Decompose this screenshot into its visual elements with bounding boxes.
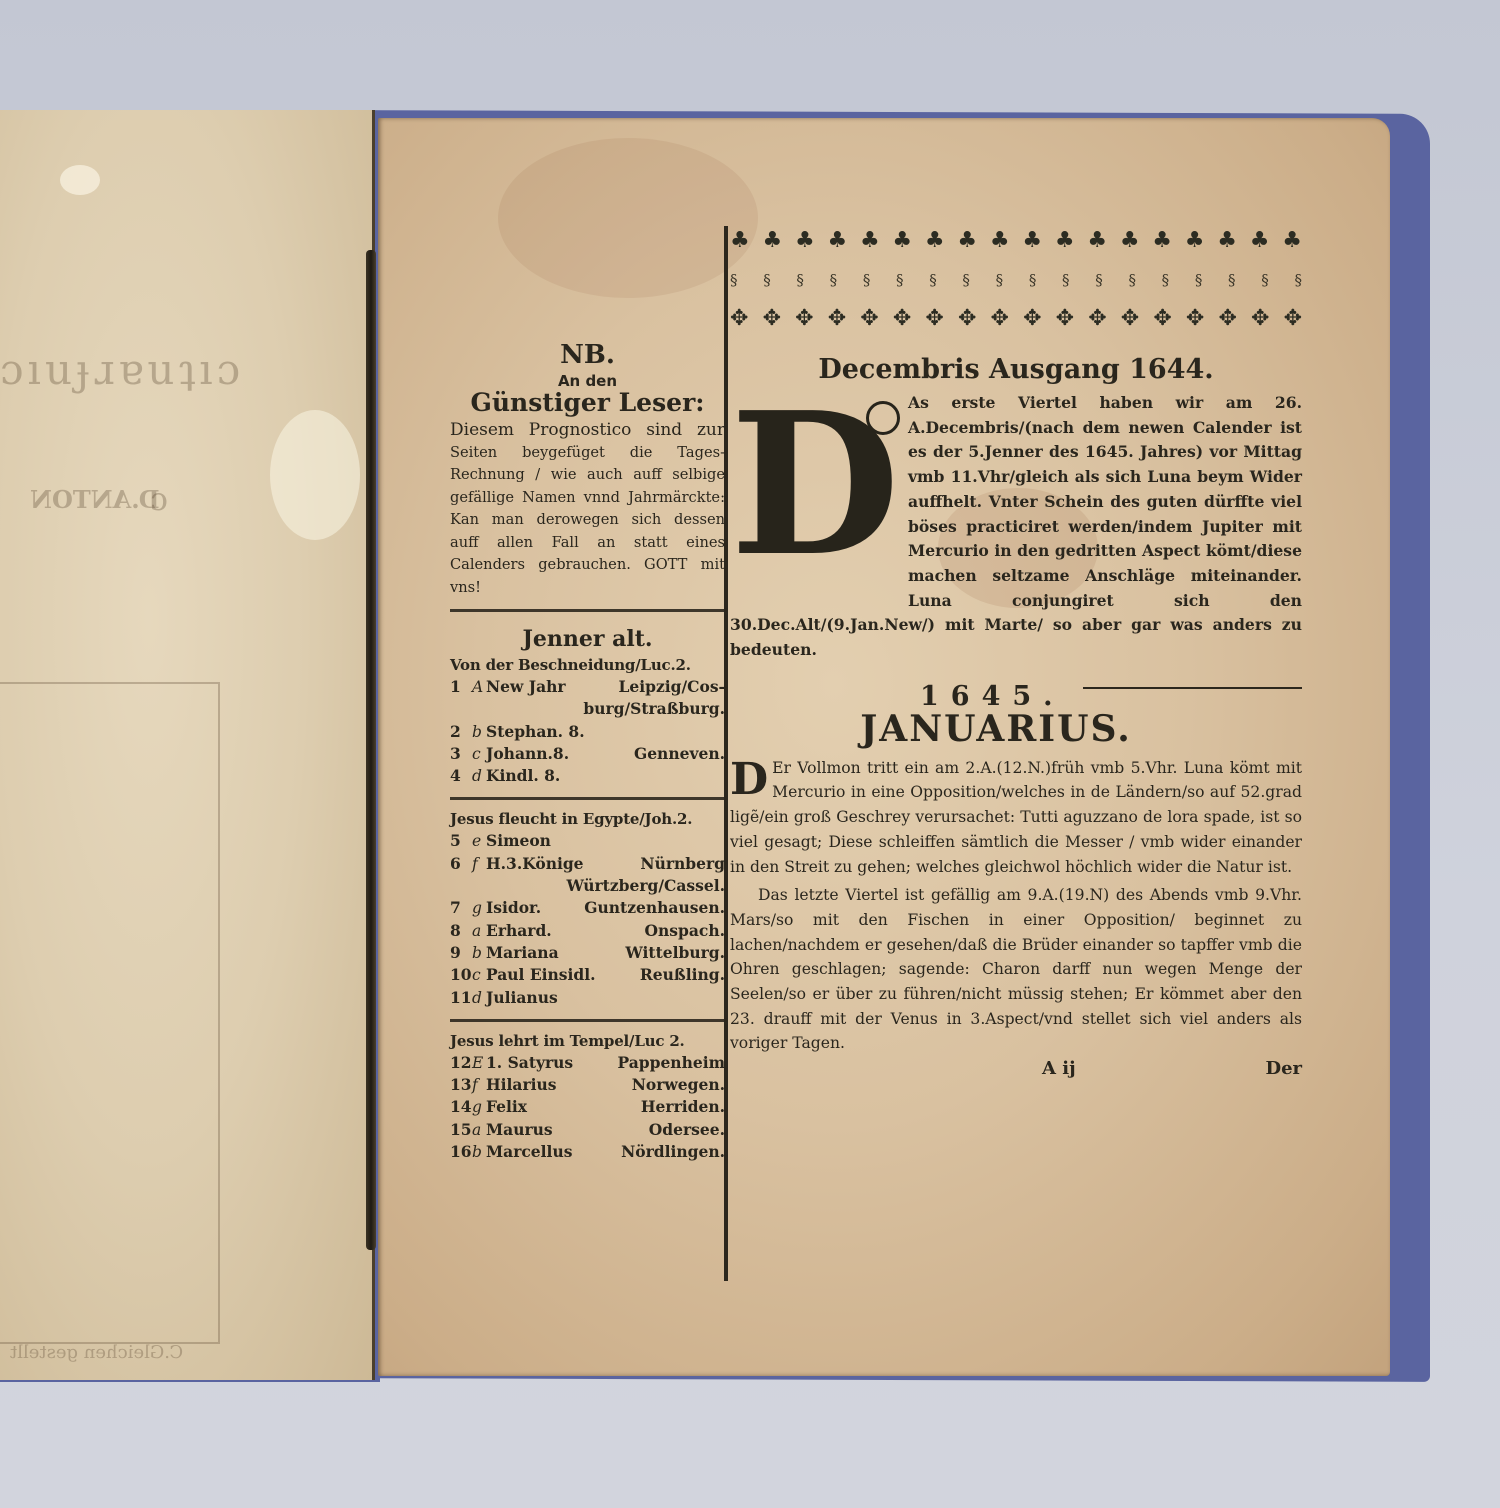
day-saint: Erhard. bbox=[486, 920, 552, 942]
day-fair-place: Odersee. bbox=[649, 1119, 725, 1141]
scroll-ornament-icon: § bbox=[730, 273, 738, 287]
week-gospel: Jesus lehrt im Tempel/Luc 2. bbox=[450, 1030, 725, 1052]
prognostication-column: ♣♣♣♣♣♣♣♣♣♣♣♣♣♣♣♣♣♣ §§§§§§§§§§§§§§§§§§ ✥✥… bbox=[730, 228, 1302, 1079]
calendar-day-row: 10 c Paul Einsidl. Reußling. bbox=[450, 964, 725, 986]
january-text: Er Vollmon tritt ein am 2.A.(12.N.)früh … bbox=[730, 759, 1302, 876]
day-number: 2 bbox=[450, 721, 472, 743]
fleuron-icon: ♣ bbox=[1120, 230, 1140, 252]
fleuron-icon: ♣ bbox=[925, 230, 945, 252]
day-number: 5 bbox=[450, 830, 472, 852]
day-number: 12 bbox=[450, 1052, 472, 1074]
calendar-day-row: 14 g Felix Herriden. bbox=[450, 1096, 725, 1118]
rosette-icon: ✥ bbox=[1153, 308, 1171, 330]
calendar-day-row: 16 b Marcellus Nördlingen. bbox=[450, 1141, 725, 1163]
left-page: ɔıuɟɹɐuʇıɔ ɔ D.ANTON C.Gleichen gestellt bbox=[0, 110, 375, 1380]
day-fair-place: Pappenheim bbox=[617, 1052, 725, 1074]
ornament-row-rosettes: ✥✥✥✥✥✥✥✥✥✥✥✥✥✥✥✥✥✥ bbox=[730, 308, 1302, 330]
scroll-ornament-icon: § bbox=[896, 273, 904, 287]
scroll-ornament-icon: § bbox=[962, 273, 970, 287]
small-initial-d: D bbox=[730, 760, 768, 800]
day-fair-place: Nördlingen. bbox=[621, 1141, 725, 1163]
fleuron-icon: ♣ bbox=[762, 230, 782, 252]
fleuron-icon: ♣ bbox=[1087, 230, 1107, 252]
week-gospel: Jesus fleucht in Egypte/Joh.2. bbox=[450, 808, 725, 830]
dominical-letter: c bbox=[472, 743, 486, 765]
dominical-letter: f bbox=[472, 1074, 486, 1096]
day-saint: Julianus bbox=[486, 987, 558, 1009]
calendar-day-row: 3 c Johann.8. Genneven. bbox=[450, 743, 725, 765]
scroll-ornament-icon: § bbox=[796, 273, 804, 287]
calendar-week: Jesus fleucht in Egypte/Joh.2. 5 e Simeo… bbox=[450, 808, 725, 1008]
reader-heading: Günstiger Leser: bbox=[450, 388, 725, 417]
calendar-day-row: 2 b Stephan. 8. bbox=[450, 721, 725, 743]
day-fair-place: Guntzenhausen. bbox=[584, 897, 725, 919]
day-saint: Kindl. 8. bbox=[486, 765, 560, 787]
rosette-icon: ✥ bbox=[893, 308, 911, 330]
rosette-icon: ✥ bbox=[1186, 308, 1204, 330]
day-number: 14 bbox=[450, 1096, 472, 1118]
rosette-icon: ✥ bbox=[828, 308, 846, 330]
day-number: 6 bbox=[450, 853, 472, 875]
rosette-icon: ✥ bbox=[1088, 308, 1106, 330]
calendar-day-row: 11 d Julianus bbox=[450, 987, 725, 1009]
day-number: 13 bbox=[450, 1074, 472, 1096]
dominical-letter: a bbox=[472, 1119, 486, 1141]
fleuron-icon: ♣ bbox=[730, 230, 750, 252]
decorated-initial-d: D bbox=[730, 395, 900, 595]
day-number: 7 bbox=[450, 897, 472, 919]
day-saint: Paul Einsidl. bbox=[486, 964, 596, 986]
scroll-ornament-icon: § bbox=[929, 273, 937, 287]
paper-stain bbox=[60, 165, 100, 195]
rosette-icon: ✥ bbox=[1023, 308, 1041, 330]
fleuron-icon: ♣ bbox=[892, 230, 912, 252]
day-number: 1 bbox=[450, 676, 472, 698]
calendar-month-title: Jenner alt. bbox=[450, 626, 725, 652]
rosette-icon: ✥ bbox=[958, 308, 976, 330]
scroll-ornament-icon: § bbox=[763, 273, 771, 287]
dominical-letter: a bbox=[472, 920, 486, 942]
fleuron-icon: ♣ bbox=[990, 230, 1010, 252]
day-saint: Hilarius bbox=[486, 1074, 557, 1096]
fleuron-icon: ♣ bbox=[1217, 230, 1237, 252]
fleuron-icon: ♣ bbox=[795, 230, 815, 252]
dominical-letter: E bbox=[472, 1052, 486, 1074]
dominical-letter: d bbox=[472, 765, 486, 787]
day-fair-continuation: Würtzberg/Cassel. bbox=[450, 875, 725, 897]
paper-stain bbox=[498, 138, 758, 298]
calendar-day-row: 6 f H.3.Könige Nürnberg bbox=[450, 853, 725, 875]
rosette-icon: ✥ bbox=[763, 308, 781, 330]
fleuron-icon: ♣ bbox=[1055, 230, 1075, 252]
day-saint: Stephan. 8. bbox=[486, 721, 585, 743]
section-rule bbox=[450, 1019, 725, 1022]
day-number: 16 bbox=[450, 1141, 472, 1163]
year-rule bbox=[1083, 687, 1302, 689]
section-rule bbox=[450, 609, 725, 612]
week-gospel: Von der Beschneidung/Luc.2. bbox=[450, 654, 725, 676]
scroll-ornament-icon: § bbox=[863, 273, 871, 287]
ornament-row-scrolls: §§§§§§§§§§§§§§§§§§ bbox=[730, 273, 1302, 287]
day-number: 15 bbox=[450, 1119, 472, 1141]
scroll-ornament-icon: § bbox=[996, 273, 1004, 287]
rosette-icon: ✥ bbox=[730, 308, 748, 330]
calendar-day-row: 4 d Kindl. 8. bbox=[450, 765, 725, 787]
rosette-icon: ✥ bbox=[1056, 308, 1074, 330]
fleuron-icon: ♣ bbox=[860, 230, 880, 252]
scroll-ornament-icon: § bbox=[1162, 273, 1170, 287]
scroll-ornament-icon: § bbox=[1062, 273, 1070, 287]
ghost-horoscope-frame bbox=[0, 682, 220, 1344]
initial-flourish-icon bbox=[866, 401, 900, 435]
scroll-ornament-icon: § bbox=[1261, 273, 1269, 287]
day-fair-place: Herriden. bbox=[641, 1096, 725, 1118]
rosette-icon: ✥ bbox=[1284, 308, 1302, 330]
month-heading: JANUARIUS. bbox=[690, 708, 1302, 750]
calendar-day-row: 1 A New Jahr Leipzig/Cos- bbox=[450, 676, 725, 698]
calendar-week: Jesus lehrt im Tempel/Luc 2. 12 E 1. Sat… bbox=[450, 1030, 725, 1163]
fleuron-icon: ♣ bbox=[1152, 230, 1172, 252]
january-paragraph: D Er Vollmon tritt ein am 2.A.(12.N.)frü… bbox=[730, 756, 1302, 880]
day-number: 11 bbox=[450, 987, 472, 1009]
dominical-letter: e bbox=[472, 830, 486, 852]
day-number: 9 bbox=[450, 942, 472, 964]
paper-stain bbox=[270, 410, 360, 540]
day-number: 3 bbox=[450, 743, 472, 765]
scroll-ornament-icon: § bbox=[830, 273, 838, 287]
bleedthrough-ghost-title: D.ANTON bbox=[30, 485, 160, 514]
fleuron-icon: ♣ bbox=[1185, 230, 1205, 252]
dominical-letter: c bbox=[472, 964, 486, 986]
calendar-day-row: 12 E 1. Satyrus Pappenheim bbox=[450, 1052, 725, 1074]
dominical-letter: d bbox=[472, 987, 486, 1009]
scroll-ornament-icon: § bbox=[1195, 273, 1203, 287]
dominical-letter: g bbox=[472, 897, 486, 919]
day-number: 4 bbox=[450, 765, 472, 787]
dominical-letter: A bbox=[472, 676, 486, 698]
dominical-letter: b bbox=[472, 721, 486, 743]
last-quarter-paragraph: Das letzte Viertel ist gefällig am 9.A.(… bbox=[730, 883, 1302, 1056]
day-saint: 1. Satyrus bbox=[486, 1052, 573, 1074]
section-rule bbox=[450, 797, 725, 800]
rosette-icon: ✥ bbox=[860, 308, 878, 330]
bleedthrough-line: ɔıuɟɹɐuʇıɔ bbox=[0, 345, 244, 394]
day-saint: Mariana bbox=[486, 942, 559, 964]
day-fair-place: Nürnberg bbox=[640, 853, 725, 875]
day-saint: H.3.Könige bbox=[486, 853, 584, 875]
calendar-week: Von der Beschneidung/Luc.2. 1 A New Jahr… bbox=[450, 654, 725, 787]
day-fair-place: Norwegen. bbox=[632, 1074, 725, 1096]
bleedthrough-caption: C.Gleichen gestellt bbox=[10, 1342, 183, 1363]
fleuron-icon: ♣ bbox=[1022, 230, 1042, 252]
dominical-letter: g bbox=[472, 1096, 486, 1118]
nb-heading: NB. bbox=[450, 340, 725, 370]
calendar-day-row: 9 b Mariana Wittelburg. bbox=[450, 942, 725, 964]
scroll-ornament-icon: § bbox=[1029, 273, 1037, 287]
scroll-ornament-icon: § bbox=[1128, 273, 1136, 287]
rosette-icon: ✥ bbox=[925, 308, 943, 330]
signature-mark: A ij bbox=[1042, 1058, 1076, 1079]
rosette-icon: ✥ bbox=[991, 308, 1009, 330]
rosette-icon: ✥ bbox=[1251, 308, 1269, 330]
day-number: 10 bbox=[450, 964, 472, 986]
day-saint: Isidor. bbox=[486, 897, 541, 919]
page-footer: A ij Der bbox=[730, 1058, 1302, 1079]
ornamental-border: ♣♣♣♣♣♣♣♣♣♣♣♣♣♣♣♣♣♣ §§§§§§§§§§§§§§§§§§ ✥✥… bbox=[730, 228, 1302, 332]
day-saint: Marcellus bbox=[486, 1141, 572, 1163]
december-paragraph: D As erste Viertel haben wir am 26. A.De… bbox=[730, 391, 1302, 663]
preface-text: Diesem Prognostico sind zur Seiten beyge… bbox=[450, 419, 725, 599]
dominical-letter: b bbox=[472, 942, 486, 964]
catchword: Der bbox=[1265, 1058, 1302, 1079]
scroll-ornament-icon: § bbox=[1095, 273, 1103, 287]
rosette-icon: ✥ bbox=[1121, 308, 1139, 330]
scroll-ornament-icon: § bbox=[1228, 273, 1236, 287]
day-fair-continuation: burg/Straßburg. bbox=[450, 698, 725, 720]
ornament-row-fleurons: ♣♣♣♣♣♣♣♣♣♣♣♣♣♣♣♣♣♣ bbox=[730, 230, 1302, 252]
day-saint: Johann.8. bbox=[486, 743, 569, 765]
day-saint: Simeon bbox=[486, 830, 551, 852]
fleuron-icon: ♣ bbox=[1250, 230, 1270, 252]
calendar-column: NB. An den Günstiger Leser: Diesem Progn… bbox=[450, 340, 725, 1163]
calendar-day-row: 15 a Maurus Odersee. bbox=[450, 1119, 725, 1141]
day-saint: Maurus bbox=[486, 1119, 553, 1141]
day-saint: Felix bbox=[486, 1096, 527, 1118]
day-fair-place: Reußling. bbox=[640, 964, 725, 986]
scroll-ornament-icon: § bbox=[1294, 273, 1302, 287]
rosette-icon: ✥ bbox=[1218, 308, 1236, 330]
rosette-icon: ✥ bbox=[795, 308, 813, 330]
fleuron-icon: ♣ bbox=[1282, 230, 1302, 252]
dominical-letter: f bbox=[472, 853, 486, 875]
day-fair-place: Onspach. bbox=[645, 920, 725, 942]
day-fair-place: Wittelburg. bbox=[625, 942, 725, 964]
fleuron-icon: ♣ bbox=[957, 230, 977, 252]
dominical-letter: b bbox=[472, 1141, 486, 1163]
calendar-day-row: 7 g Isidor. Guntzenhausen. bbox=[450, 897, 725, 919]
fleuron-icon: ♣ bbox=[827, 230, 847, 252]
binding-gutter bbox=[366, 250, 376, 1250]
calendar-day-row: 5 e Simeon bbox=[450, 830, 725, 852]
day-number: 8 bbox=[450, 920, 472, 942]
calendar-day-row: 13 f Hilarius Norwegen. bbox=[450, 1074, 725, 1096]
day-saint: New Jahr bbox=[486, 676, 566, 698]
calendar-day-row: 8 a Erhard. Onspach. bbox=[450, 920, 725, 942]
day-fair-place: Leipzig/Cos- bbox=[618, 676, 725, 698]
